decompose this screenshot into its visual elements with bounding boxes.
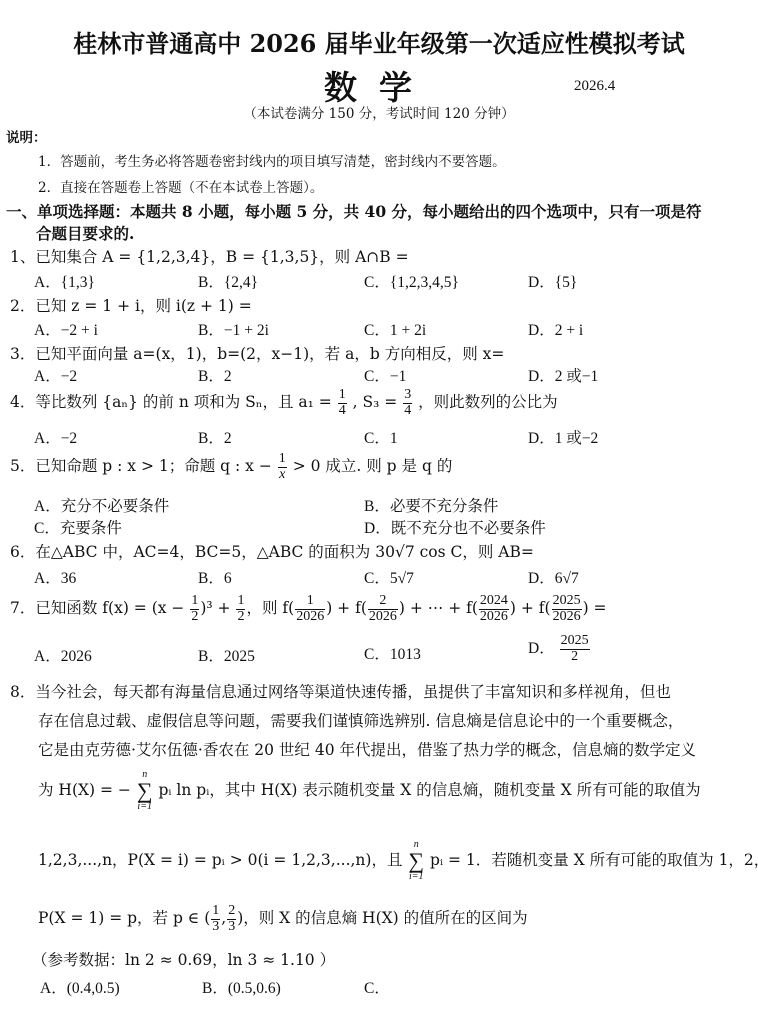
exam-title: 桂林市普通高中 2026 届毕业年级第一次适应性模拟考试 <box>0 24 758 59</box>
fraction: 23 <box>227 904 236 934</box>
question-6-option-d: D．6√7 <box>528 566 579 588</box>
question-8-option-c: C． <box>364 976 390 998</box>
question-6-stem: 6．在△ABC 中，AC=4，BC=5，△ABC 的面积为 30√7 cos C… <box>10 540 534 562</box>
summation-symbol: n∑i=1 <box>408 840 424 882</box>
question-7-stem: 7．已知函数 f(x) = (x − 12)³ + 12，则 f(12026) … <box>10 594 607 624</box>
question-1-option-c: C．{1,2,3,4,5} <box>364 270 459 292</box>
question-1-option-d: D．{5} <box>528 270 577 292</box>
question-4-option-b: B．2 <box>198 426 232 448</box>
question-3-option-b: B．2 <box>198 364 232 386</box>
fraction: 20242026 <box>479 594 509 624</box>
question-2-option-d: D．2 + i <box>528 318 583 340</box>
section-heading-line1: 一、单项选择题：本题共 8 小题，每小题 5 分，共 40 分，每小题给出的四个… <box>6 200 702 222</box>
fraction: 34 <box>403 388 412 418</box>
question-4-stem-pre: 4．等比数列 {aₙ} 的前 n 项和为 Sₙ，且 a₁ = <box>10 393 332 411</box>
question-8-probability: P(X = 1) = p，若 p ∈ (13,23)，则 X 的信息熵 H(X)… <box>38 904 528 934</box>
instruction-2: 2．直接在答题卷上答题（不在本试卷上答题）。 <box>38 176 323 196</box>
fraction: 22026 <box>368 594 398 624</box>
fraction: 20252 <box>560 634 590 664</box>
question-4-option-a: A．−2 <box>34 426 77 448</box>
question-8-option-a: A．(0.4,0.5) <box>40 976 120 998</box>
question-7-option-c: C．1013 <box>364 642 421 664</box>
question-3-stem: 3．已知平面向量 a=(x，1)，b=(2，x−1)，若 a，b 方向相反，则 … <box>10 342 504 364</box>
exam-date: 2026.4 <box>574 78 615 95</box>
fraction: 12 <box>236 594 245 624</box>
question-2-option-a: A．−2 + i <box>34 318 98 340</box>
summation-symbol: n∑i=1 <box>137 770 153 812</box>
question-7-option-a: A．2026 <box>34 644 92 666</box>
question-6-option-c: C．5√7 <box>364 566 414 588</box>
question-5-option-a: A．充分不必要条件 <box>34 494 169 516</box>
question-1-stem: 1、已知集合 A = {1,2,3,4}，B = {1,3,5}，则 A∩B = <box>10 245 409 267</box>
question-2-stem: 2．已知 z = 1 + i，则 i(z + 1) = <box>10 294 252 316</box>
question-1-option-b: B．{2,4} <box>198 270 258 292</box>
question-6-option-a: A．36 <box>34 566 76 588</box>
question-4-option-c: C．1 <box>364 426 398 448</box>
question-5-option-c: C．充要条件 <box>34 516 122 538</box>
question-3-option-a: A．−2 <box>34 364 77 386</box>
instructions-heading: 说明： <box>6 126 47 146</box>
question-8-line2: 存在信息过载、虚假信息等问题，需要我们谨慎筛选辨别. 信息熵是信息论中的一个重要… <box>38 709 683 731</box>
question-4-option-d: D．1 或−2 <box>528 426 598 448</box>
question-7-option-d: D． 20252 <box>528 634 591 664</box>
question-8-line1: 8．当今社会，每天都有海量信息通过网络等渠道快速传播，虽提供了丰富知识和多样视角… <box>10 680 671 702</box>
section-heading-line2: 合题目要求的. <box>36 222 134 244</box>
question-8-definition: 为 H(X) = − n∑i=1 pᵢ ln pᵢ，其中 H(X) 表示随机变量… <box>38 770 701 812</box>
question-8-reference-data: （参考数据：ln 2 ≈ 0.69，ln 3 ≈ 1.10 ） <box>32 948 335 970</box>
fraction: 13 <box>211 904 220 934</box>
question-5-option-b: B．必要不充分条件 <box>364 494 498 516</box>
question-3-option-d: D．2 或−1 <box>528 364 598 386</box>
fraction: 1x <box>278 452 287 482</box>
question-8-condition: 1,2,3,...,n，P(X = i) = pᵢ > 0(i = 1,2,3,… <box>38 840 758 882</box>
fraction: 14 <box>338 388 347 418</box>
question-2-option-b: B．−1 + 2i <box>198 318 269 340</box>
question-5-option-d: D．既不充分也不必要条件 <box>364 516 546 538</box>
question-8-option-b: B．(0.5,0.6) <box>202 976 281 998</box>
question-4-stem: 4．等比数列 {aₙ} 的前 n 项和为 Sₙ，且 a₁ = 14 , S₃ =… <box>10 388 558 418</box>
question-1-option-a: A．{1,3} <box>34 270 95 292</box>
question-7-option-b: B．2025 <box>198 644 255 666</box>
question-2-option-c: C．1 + 2i <box>364 318 426 340</box>
exam-note: （本试卷满分 150 分，考试时间 120 分钟） <box>0 102 758 122</box>
question-6-option-b: B．6 <box>198 566 232 588</box>
question-8-line3: 它是由克劳德·艾尔伍德·香农在 20 世纪 40 年代提出，借鉴了热力学的概念，… <box>38 738 696 760</box>
fraction: 12026 <box>295 594 325 624</box>
question-3-option-c: C．−1 <box>364 364 406 386</box>
fraction: 12 <box>190 594 199 624</box>
instruction-1: 1．答题前，考生务必将答题卷密封线内的项目填写清楚，密封线内不要答题。 <box>38 150 506 170</box>
question-5-stem: 5．已知命题 p : x > 1；命题 q : x − 1x > 0 成立. 则… <box>10 452 452 482</box>
fraction: 20252026 <box>552 594 582 624</box>
